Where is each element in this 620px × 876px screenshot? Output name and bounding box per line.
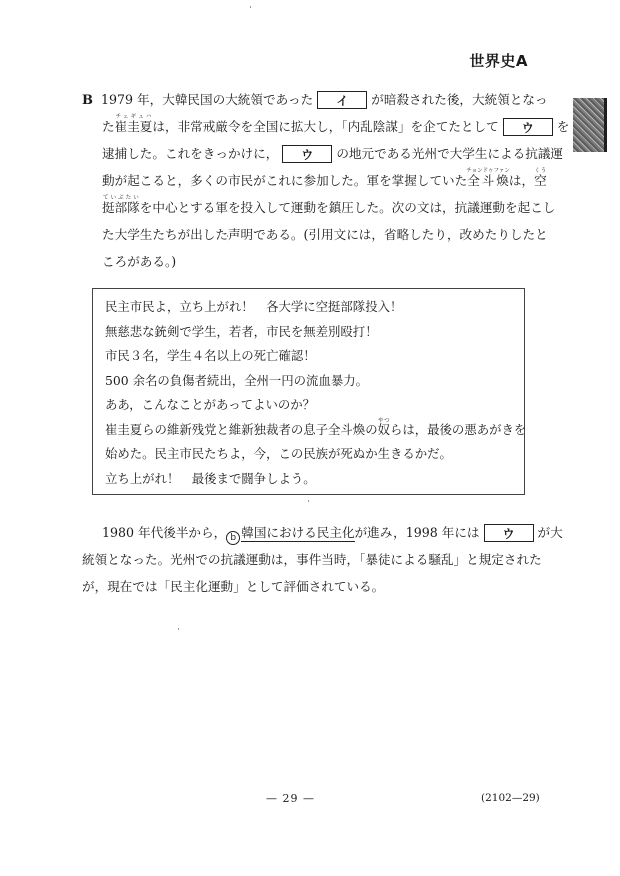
passage-text: た大学生たちが出した声明である。(引用文には，省略したり，改めたりしたと [102, 227, 548, 242]
ruby-choe-gyu-ha: 崔圭夏チェギュハ [115, 119, 153, 134]
ruby-ku: 空くう [534, 173, 547, 188]
passage-text: 逮捕した。これをきっかけに， [102, 146, 278, 161]
underline-marker-b: b [226, 531, 240, 545]
ruby-teibutai: 挺部隊ていぶたい [102, 200, 140, 215]
section-index-tab [573, 98, 607, 152]
passage-line-2: た崔圭夏チェギュハは，非常戒厳令を全国に拡大し，「内乱陰謀」を企てたとしてウを [82, 113, 532, 140]
scan-speck [250, 6, 251, 8]
passage-text: は，非常戒厳令を全国に拡大し，「内乱陰謀」を企てたとして [152, 119, 498, 134]
statement-line: 500 余名の負傷者続出，全州一円の流血暴力。 [105, 369, 524, 394]
passage-text: を中心とする軍を投入して運動を鎮圧した。次の文は，抗議運動を起こし [140, 200, 556, 215]
paragraph-text: が進み，1998 年には [355, 525, 480, 540]
blank-box-u: ウ [484, 524, 534, 542]
ruby-chun-doo-hwan: 全斗煥チョンドゥファン [467, 173, 509, 188]
passage-line-7: ころがある。) [82, 248, 532, 275]
subject-title: 世界史A [469, 50, 528, 71]
underlined-phrase: 韓国における民主化 [241, 525, 354, 542]
blank-box-u: ウ [282, 145, 332, 163]
document-code: (2102—29) [481, 792, 540, 804]
passage-text: 動が起こると，多くの市民がこれに参加した。軍を掌握していた [102, 173, 467, 188]
section-letter: B [82, 93, 93, 108]
paragraph-2: 1980 年代後半から，b韓国における民主化が進み，1998 年にはウが大 統領… [82, 519, 532, 600]
statement-line: 民主市民よ，立ち上がれ！ 各大学に空挺部隊投入！ [105, 295, 524, 320]
paragraph-text: が大 [538, 525, 563, 540]
paragraph-2-line-1: 1980 年代後半から，b韓国における民主化が進み，1998 年にはウが大 [82, 519, 532, 546]
scan-speck [178, 628, 179, 630]
passage-text: 1979 年，大韓民国の大統領であった [101, 92, 313, 107]
statement-line: 立ち上がれ！ 最後まで闘争しよう。 [105, 467, 524, 492]
paragraph-2-line-2: 統領となった。光州での抗議運動は，事件当時，「暴徒による騒乱」と規定された [82, 546, 532, 573]
student-statement-box: 民主市民よ，立ち上がれ！ 各大学に空挺部隊投入！ 無慈悲な銃剣で学生，若者，市民… [92, 288, 525, 495]
blank-box-i: イ [317, 91, 367, 109]
scan-speck [308, 500, 309, 502]
statement-line: 始めた。民主市民たちよ，今，この民族が死ぬか生きるかだ。 [105, 442, 524, 467]
ruby-yatsu: 奴やつ [378, 422, 390, 437]
passage-text: は， [509, 173, 534, 188]
passage-line-5: 挺部隊ていぶたいを中心とする軍を投入して運動を鎮圧した。次の文は，抗議運動を起こ… [82, 194, 532, 221]
statement-line: 無慈悲な銃剣で学生，若者，市民を無差別殴打！ [105, 320, 524, 345]
statement-line: 市民３名，学生４名以上の死亡確認！ [105, 344, 524, 369]
blank-box-u: ウ [503, 118, 553, 136]
passage-line-3: 逮捕した。これをきっかけに，ウの地元である光州で大学生による抗議運 [82, 140, 532, 167]
page-number: — 29 — [266, 792, 315, 805]
passage-b: B1979 年，大韓民国の大統領であったイが暗殺された後，大統領となっ た崔圭夏… [82, 86, 532, 275]
statement-line: 崔圭夏らの維新残党と維新独裁者の息子全斗煥の奴やつらは，最後の悪あがきを [105, 418, 524, 443]
paragraph-2-line-3: が，現在では「民主化運動」として評価されている。 [82, 573, 532, 600]
paragraph-text: 1980 年代後半から， [102, 525, 226, 540]
statement-line: ああ，こんなことがあってよいのか？ [105, 393, 524, 418]
passage-text: た [102, 119, 115, 134]
passage-line-1: B1979 年，大韓民国の大統領であったイが暗殺された後，大統領となっ [82, 86, 532, 113]
passage-text: の地元である光州で大学生による抗議運 [336, 146, 563, 161]
passage-line-4: 動が起こると，多くの市民がこれに参加した。軍を掌握していた全斗煥チョンドゥファン… [82, 167, 532, 194]
scan-speck [227, 235, 228, 237]
passage-text: が暗殺された後，大統領となっ [371, 92, 547, 107]
passage-text: を [557, 119, 570, 134]
passage-text: ころがある。) [102, 254, 176, 269]
passage-line-6: た大学生たちが出した声明である。(引用文には，省略したり，改めたりしたと [82, 221, 532, 248]
statement-text: らは，最後の悪あがきを [390, 422, 526, 437]
statement-text: 崔圭夏らの維新残党と維新独裁者の息子全斗煥の [105, 422, 378, 437]
